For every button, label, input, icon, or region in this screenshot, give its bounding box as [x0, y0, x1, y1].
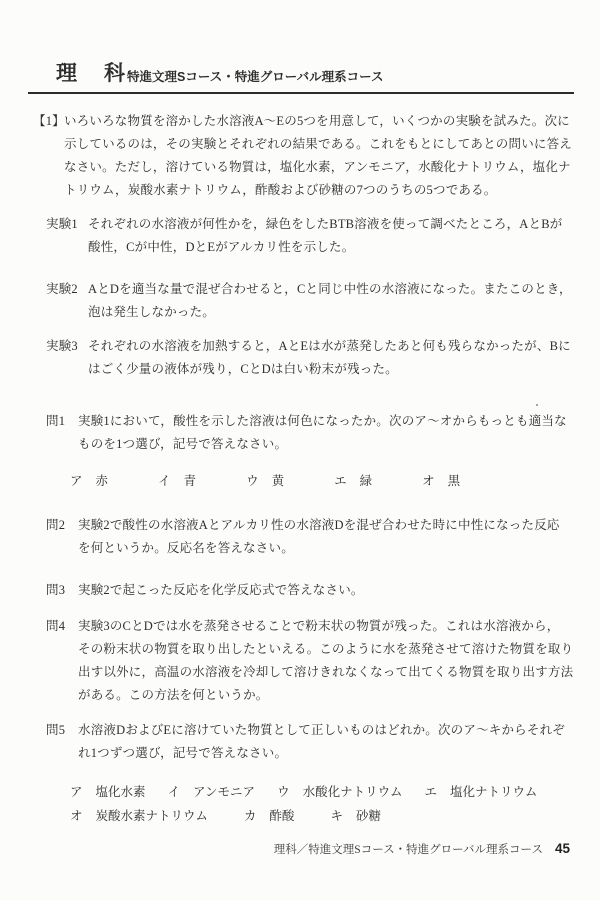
text-line: 実験2で酸性の水溶液Aとアルカリ性の水溶液Dを混ぜ合わせた時に中性になった反応	[78, 514, 574, 537]
experiment-label: 実験2	[46, 278, 78, 301]
choice-label: 緑	[360, 474, 373, 488]
question-label: 問5	[46, 719, 65, 742]
choice-label: 塩化水素	[96, 785, 146, 799]
choice-label: 炭酸水素ナトリウム	[96, 809, 208, 823]
choice-item: ア赤	[70, 470, 108, 493]
question-label: 問4	[46, 615, 65, 638]
page-footer: 理科／特進文理Sコース・特進グローバル理系コース45	[274, 841, 570, 857]
choice-item: ア塩化水素	[70, 781, 146, 804]
choice-item: オ黒	[422, 470, 460, 493]
question-2: 問2 実験2で酸性の水溶液Aとアルカリ性の水溶液Dを混ぜ合わせた時に中性になった…	[46, 514, 574, 560]
text-line: その粉末状の物質を取り出したといえる。このように水を蒸発させて溶けた物質を取り	[78, 638, 574, 661]
problem-1-intro: 【1】 いろいろな物質を溶かした水溶液A～Eの5つを用意して，いくつかの実験を試…	[33, 110, 573, 202]
header-rule	[28, 92, 574, 94]
choice-mark: カ	[244, 809, 257, 823]
problem-number: 【1】	[33, 110, 65, 133]
choice-label: 赤	[96, 474, 109, 488]
question-1: 問1 実験1において，酸性を示した溶液は何色になったか。次のア～オからもっとも適…	[46, 410, 574, 456]
question-5-choices-row1: ア塩化水素 イアンモニア ウ水酸化ナトリウム エ塩化ナトリウム	[70, 781, 537, 804]
experiment-2: 実験2 AとDを適当な量で混ぜ合わせると，Cと同じ中性の水溶液になった。またこの…	[46, 278, 574, 324]
text-line: 酸性，Cが中性，DとEがアルカリ性を示した。	[88, 236, 574, 259]
choice-mark: ウ	[246, 474, 259, 488]
text-line: それぞれの水溶液を加熱すると，AとEは水が蒸発したあと何も残らなかったが、Bに	[88, 335, 574, 358]
text-line: いろいろな物質を溶かした水溶液A～Eの5つを用意して，いくつかの実験を試みた。次…	[64, 110, 573, 133]
experiment-label: 実験3	[46, 335, 78, 358]
choice-item: オ炭酸水素ナトリウム	[70, 805, 208, 828]
choice-item: エ緑	[334, 470, 372, 493]
choice-mark: ウ	[277, 785, 290, 799]
footer-course: 理科／特進文理Sコース・特進グローバル理系コース	[274, 844, 543, 856]
choice-item: キ砂糖	[330, 805, 381, 828]
choice-item: ウ水酸化ナトリウム	[277, 781, 402, 804]
experiment-3: 実験3 それぞれの水溶液を加熱すると，AとEは水が蒸発したあと何も残らなかったが…	[46, 335, 574, 381]
choice-item: イアンモニア	[168, 781, 256, 804]
choice-mark: オ	[70, 809, 83, 823]
question-label: 問1	[46, 410, 65, 433]
choice-mark: ア	[70, 785, 83, 799]
text-line: 示しているのは，その実験とそれぞれの結果である。これをもとにしてあとの問いに答え	[64, 133, 573, 156]
text-line: がある。この方法を何というか。	[78, 684, 574, 707]
choice-label: 塩化ナトリウム	[450, 785, 537, 799]
choice-mark: エ	[334, 474, 347, 488]
text-line: 出す以外に，高温の水溶液を冷却して溶けきれなくなって出てくる物質を取り出す方法	[78, 661, 574, 684]
text-line: なさい。ただし，溶けている物質は，塩化水素，アンモニア，水酸化ナトリウム，塩化ナ	[64, 156, 573, 179]
exam-page: 理 科 特進文理Sコース・特進グローバル理系コース 【1】 いろいろな物質を溶か…	[0, 0, 600, 900]
page-number: 45	[555, 841, 570, 856]
text-line: 実験3のCとDでは水を蒸発させることで粉末状の物質が残った。これは水溶液から，	[78, 615, 574, 638]
choice-label: 黄	[272, 474, 285, 488]
experiment-label: 実験1	[46, 213, 78, 236]
text-line: はごく少量の液体が残り，CとDは白い粉末が残った。	[88, 358, 574, 381]
question-1-choices: ア赤 イ青 ウ黄 エ緑 オ黒	[70, 470, 460, 493]
choice-mark: エ	[424, 785, 437, 799]
choice-mark: イ	[168, 785, 181, 799]
choice-item: カ酢酸	[244, 805, 295, 828]
choice-label: 砂糖	[356, 809, 381, 823]
question-5: 問5 水溶液DおよびEに溶けていた物質として正しいものはどれか。次のア～キからそ…	[46, 719, 574, 765]
choice-item: イ青	[158, 470, 196, 493]
choice-label: 青	[184, 474, 197, 488]
question-5-choices-row2: オ炭酸水素ナトリウム カ酢酸 キ砂糖	[70, 805, 381, 828]
course-subtitle: 特進文理Sコース・特進グローバル理系コース	[127, 67, 383, 85]
question-4: 問4 実験3のCとDでは水を蒸発させることで粉末状の物質が残った。これは水溶液か…	[46, 615, 574, 707]
text-line: ものを1つ選び，記号で答えなさい。	[78, 433, 574, 456]
choice-item: エ塩化ナトリウム	[424, 781, 537, 804]
text-line: それぞれの水溶液が何性かを，緑色をしたBTB溶液を使って調べたところ，AとBが	[88, 213, 574, 236]
question-3: 問3 実験2で起こった反応を化学反応式で答えなさい。	[46, 579, 574, 602]
text-line: れ1つずつ選び，記号で答えなさい。	[78, 742, 574, 765]
text-line: 泡は発生しなかった。	[88, 301, 574, 324]
text-line: AとDを適当な量で混ぜ合わせると，Cと同じ中性の水溶液になった。またこのとき，	[88, 278, 574, 301]
text-line: 実験2で起こった反応を化学反応式で答えなさい。	[78, 579, 574, 602]
choice-label: アンモニア	[193, 785, 255, 799]
choice-label: 酢酸	[269, 809, 294, 823]
experiment-1: 実験1 それぞれの水溶液が何性かを，緑色をしたBTB溶液を使って調べたところ，A…	[46, 213, 574, 259]
text-line: を何というか。反応名を答えなさい。	[78, 537, 574, 560]
subject-title: 理 科	[56, 57, 128, 87]
text-line: トリウム，炭酸水素ナトリウム，酢酸および砂糖の7つのうちの5つである。	[64, 179, 573, 202]
question-label: 問2	[46, 514, 65, 537]
text-line: 水溶液DおよびEに溶けていた物質として正しいものはどれか。次のア～キからそれぞ	[78, 719, 574, 742]
choice-label: 水酸化ナトリウム	[303, 785, 403, 799]
text-line: 実験1において，酸性を示した溶液は何色になったか。次のア～オからもっとも適当な	[78, 410, 574, 433]
choice-mark: ア	[70, 474, 83, 488]
choice-mark: オ	[422, 474, 435, 488]
scan-speck	[536, 404, 538, 406]
choice-item: ウ黄	[246, 470, 284, 493]
question-label: 問3	[46, 579, 65, 602]
choice-label: 黒	[448, 474, 461, 488]
choice-mark: イ	[158, 474, 171, 488]
choice-mark: キ	[330, 809, 343, 823]
